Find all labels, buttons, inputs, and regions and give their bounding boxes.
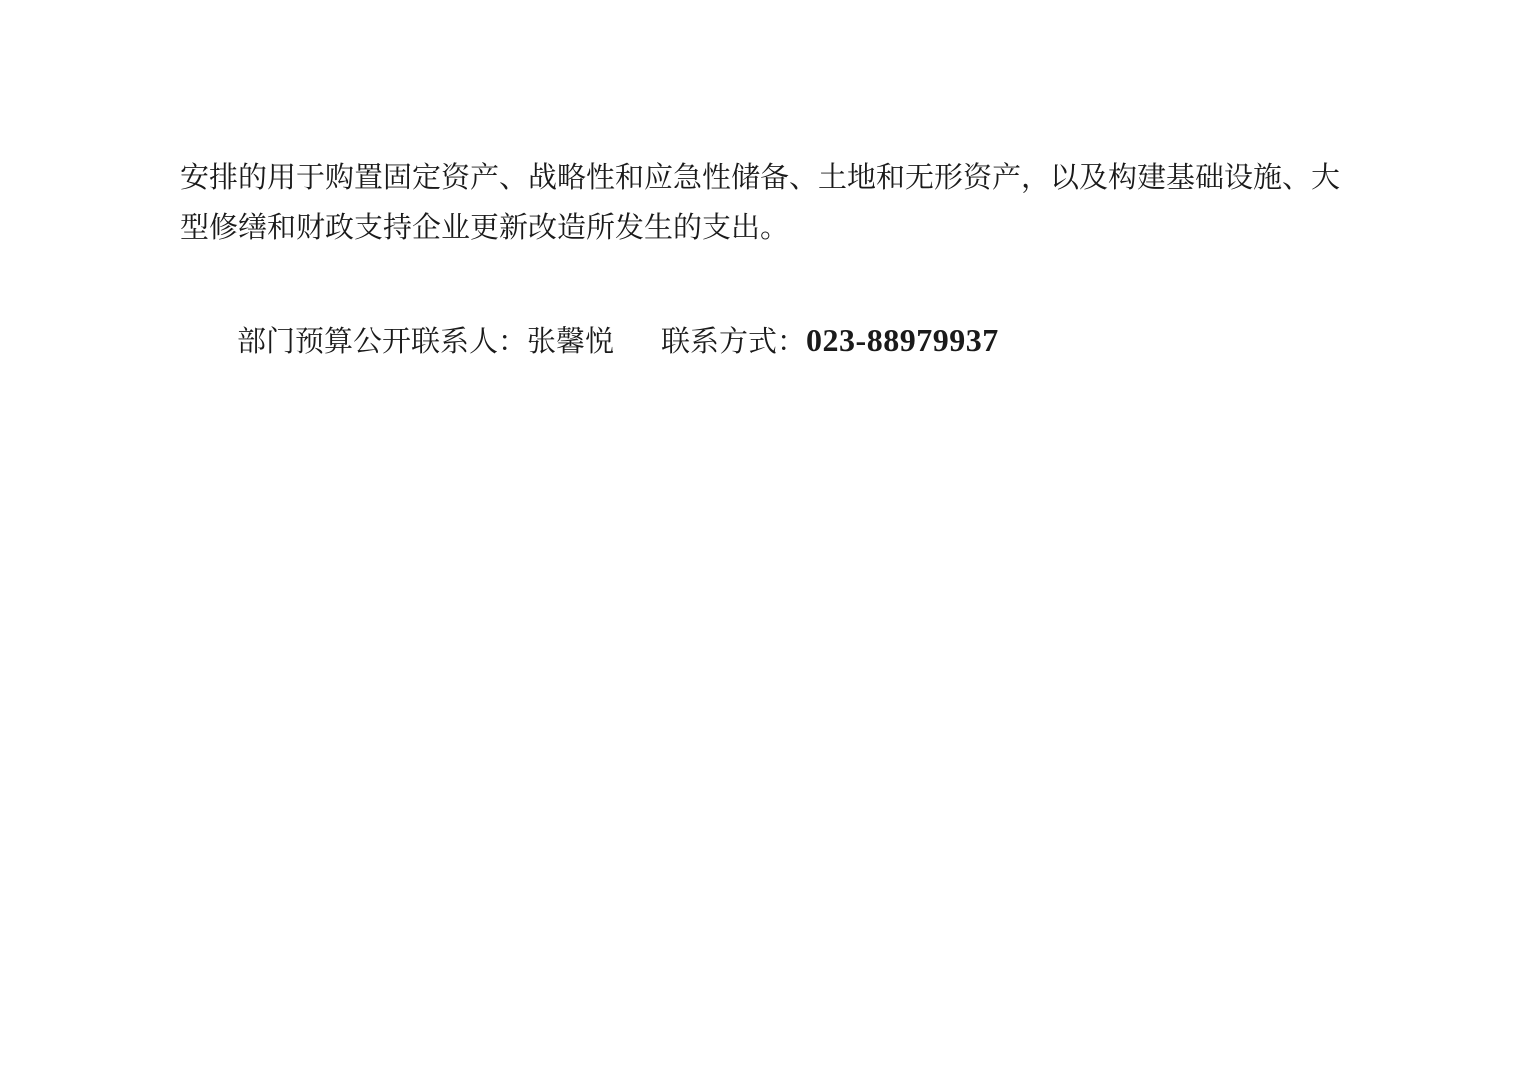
phone-label: 联系方式： (661, 326, 806, 358)
contact-person-name: 张馨悦 (527, 326, 614, 358)
document-page: 安排的用于购置固定资产、战略性和应急性储备、土地和无形资产，以及构建基础设施、大… (0, 0, 1520, 1074)
contact-person-label: 部门预算公开联系人： (237, 326, 527, 358)
contact-line: 部门预算公开联系人：张馨悦联系方式：023-88979937 (237, 315, 999, 367)
body-paragraph: 安排的用于购置固定资产、战略性和应急性储备、土地和无形资产，以及构建基础设施、大… (180, 153, 1330, 253)
phone-number: 023-88979937 (806, 322, 999, 358)
paragraph-line-2: 型修缮和财政支持企业更新改造所发生的支出。 (180, 203, 1330, 253)
paragraph-line-1: 安排的用于购置固定资产、战略性和应急性储备、土地和无形资产，以及构建基础设施、大 (180, 153, 1330, 203)
